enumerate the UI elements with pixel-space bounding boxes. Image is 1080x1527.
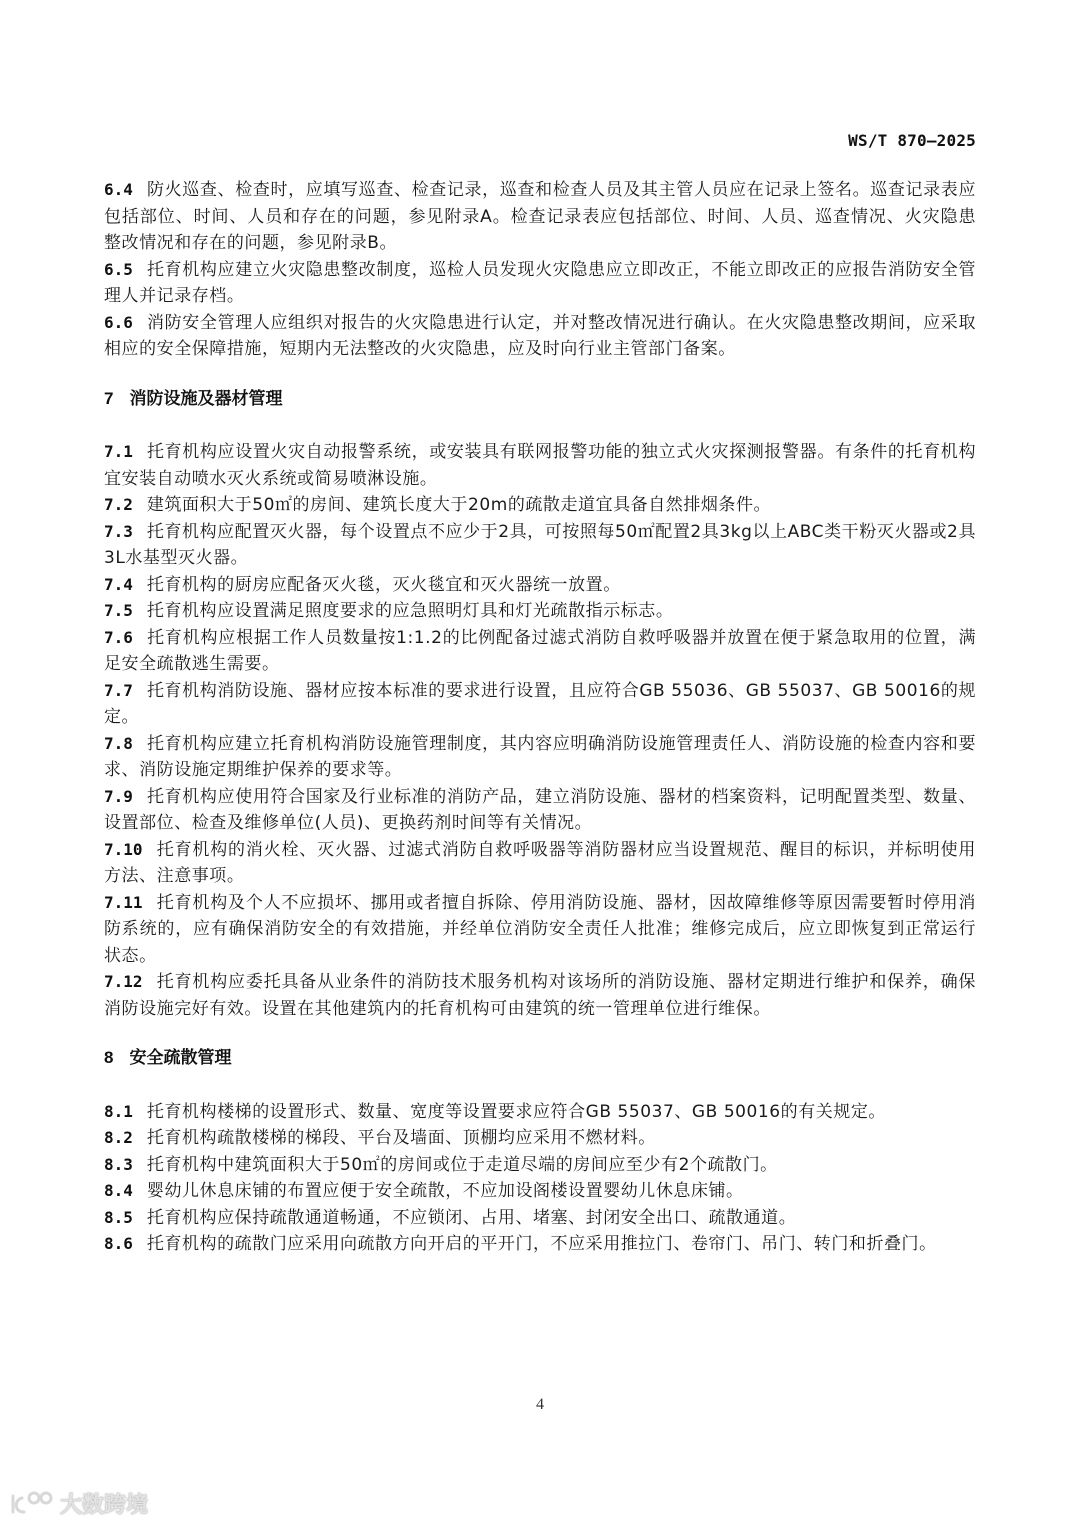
clause-text: 托育机构消防设施、器材应按本标准的要求进行设置，且应符合GB 55036、GB … [104, 681, 976, 728]
clause-number: 6.4 [104, 180, 133, 199]
clause-text: 防火巡查、检查时，应填写巡查、检查记录，巡查和检查人员及其主管人员应在记录上签名… [104, 180, 976, 253]
clause-8-2: 8.2托育机构疏散楼梯的梯段、平台及墙面、顶棚均应采用不燃材料。 [104, 1125, 976, 1152]
clause-6-5: 6.5托育机构应建立火灾隐患整改制度，巡检人员发现火灾隐患应立即改正，不能立即改… [104, 257, 976, 310]
watermark-text: 大数跨境 [60, 1488, 148, 1519]
clause-7-4: 7.4托育机构的厨房应配备灭火毯，灭火毯宜和灭火器统一放置。 [104, 572, 976, 599]
clause-number: 7.11 [104, 893, 143, 912]
clause-text: 托育机构的厨房应配备灭火毯，灭火毯宜和灭火器统一放置。 [147, 575, 621, 595]
clause-text: 建筑面积大于50㎡的房间、建筑长度大于20m的疏散走道宜具备自然排烟条件。 [147, 495, 771, 515]
clause-number: 6.5 [104, 260, 133, 279]
page-number: 4 [0, 1396, 1080, 1414]
clause-number: 8.4 [104, 1181, 133, 1200]
clause-7-9: 7.9托育机构应使用符合国家及行业标准的消防产品，建立消防设施、器材的档案资料，… [104, 784, 976, 837]
clause-number: 8.6 [104, 1234, 133, 1253]
document-page: WS/T 870—2025 6.4防火巡查、检查时，应填写巡查、检查记录，巡查和… [0, 0, 1080, 1527]
clause-7-12: 7.12托育机构应委托具备从业条件的消防技术服务机构对该场所的消防设施、器材定期… [104, 969, 976, 1022]
clause-8-1: 8.1托育机构楼梯的设置形式、数量、宽度等设置要求应符合GB 55037、GB … [104, 1099, 976, 1126]
clause-number: 8.2 [104, 1128, 133, 1147]
clause-text: 托育机构应保持疏散通道畅通，不应锁闭、占用、堵塞、封闭安全出口、疏散通道。 [147, 1208, 796, 1228]
clause-number: 7.3 [104, 522, 133, 541]
clause-text: 托育机构及个人不应损坏、挪用或者擅自拆除、停用消防设施、器材，因故障维修等原因需… [104, 893, 976, 966]
clause-text: 托育机构应使用符合国家及行业标准的消防产品，建立消防设施、器材的档案资料，记明配… [104, 787, 976, 834]
clause-number: 7.6 [104, 628, 133, 647]
clause-number: 7.9 [104, 787, 133, 806]
clause-7-10: 7.10托育机构的消火栓、灭火器、过滤式消防自救呼吸器等消防器材应当设置规范、醒… [104, 837, 976, 890]
clause-text: 托育机构楼梯的设置形式、数量、宽度等设置要求应符合GB 55037、GB 500… [147, 1102, 886, 1122]
clause-7-1: 7.1托育机构应设置火灾自动报警系统，或安装具有联网报警功能的独立式火灾探测报警… [104, 439, 976, 492]
section-heading-7: 7消防设施及器材管理 [104, 386, 976, 413]
section-7-clauses: 7.1托育机构应设置火灾自动报警系统，或安装具有联网报警功能的独立式火灾探测报警… [104, 439, 976, 1022]
clause-7-3: 7.3托育机构应配置灭火器，每个设置点不应少于2具，可按照每50㎡配置2具3kg… [104, 519, 976, 572]
section-title: 消防设施及器材管理 [129, 389, 282, 409]
section-number: 7 [104, 389, 113, 408]
clause-6-4: 6.4防火巡查、检查时，应填写巡查、检查记录，巡查和检查人员及其主管人员应在记录… [104, 177, 976, 257]
clause-7-6: 7.6托育机构应根据工作人员数量按1:1.2的比例配备过滤式消防自救呼吸器并放置… [104, 625, 976, 678]
clause-text: 托育机构的消火栓、灭火器、过滤式消防自救呼吸器等消防器材应当设置规范、醒目的标识… [104, 840, 976, 887]
section-number: 8 [104, 1048, 113, 1067]
section-heading-8: 8安全疏散管理 [104, 1045, 976, 1072]
standard-code: WS/T 870—2025 [848, 131, 976, 150]
clause-number: 8.3 [104, 1155, 133, 1174]
clause-text: 托育机构应建立托育机构消防设施管理制度，其内容应明确消防设施管理责任人、消防设施… [104, 734, 976, 781]
section-title: 安全疏散管理 [129, 1048, 231, 1068]
clause-number: 6.6 [104, 313, 133, 332]
clause-text: 消防安全管理人应组织对报告的火灾隐患进行认定，并对整改情况进行确认。在火灾隐患整… [104, 313, 976, 360]
clause-8-6: 8.6托育机构的疏散门应采用向疏散方向开启的平开门，不应采用推拉门、卷帘门、吊门… [104, 1231, 976, 1258]
clause-number: 8.1 [104, 1102, 133, 1121]
100-logo-icon [8, 1490, 54, 1518]
clause-text: 婴幼儿休息床铺的布置应便于安全疏散，不应加设阁楼设置婴幼儿休息床铺。 [147, 1181, 744, 1201]
clause-number: 7.1 [104, 442, 133, 461]
clause-number: 7.12 [104, 972, 143, 991]
clause-text: 托育机构应配置灭火器，每个设置点不应少于2具，可按照每50㎡配置2具3kg以上A… [104, 522, 976, 569]
clause-number: 7.8 [104, 734, 133, 753]
clause-7-7: 7.7托育机构消防设施、器材应按本标准的要求进行设置，且应符合GB 55036、… [104, 678, 976, 731]
section-6-clauses: 6.4防火巡查、检查时，应填写巡查、检查记录，巡查和检查人员及其主管人员应在记录… [104, 177, 976, 363]
clause-text: 托育机构的疏散门应采用向疏散方向开启的平开门，不应采用推拉门、卷帘门、吊门、转门… [147, 1234, 937, 1254]
clause-number: 7.7 [104, 681, 133, 700]
clause-text: 托育机构应委托具备从业条件的消防技术服务机构对该场所的消防设施、器材定期进行维护… [104, 972, 976, 1019]
clause-6-6: 6.6消防安全管理人应组织对报告的火灾隐患进行认定，并对整改情况进行确认。在火灾… [104, 310, 976, 363]
clause-8-3: 8.3托育机构中建筑面积大于50㎡的房间或位于走道尽端的房间应至少有2个疏散门。 [104, 1152, 976, 1179]
clause-7-5: 7.5托育机构应设置满足照度要求的应急照明灯具和灯光疏散指示标志。 [104, 598, 976, 625]
clause-number: 7.2 [104, 495, 133, 514]
section-8-clauses: 8.1托育机构楼梯的设置形式、数量、宽度等设置要求应符合GB 55037、GB … [104, 1099, 976, 1258]
watermark: 大数跨境 [8, 1488, 148, 1519]
clause-number: 7.4 [104, 575, 133, 594]
clause-text: 托育机构应建立火灾隐患整改制度，巡检人员发现火灾隐患应立即改正，不能立即改正的应… [104, 260, 976, 307]
clause-8-5: 8.5托育机构应保持疏散通道畅通，不应锁闭、占用、堵塞、封闭安全出口、疏散通道。 [104, 1205, 976, 1232]
clause-text: 托育机构疏散楼梯的梯段、平台及墙面、顶棚均应采用不燃材料。 [147, 1128, 656, 1148]
clause-8-4: 8.4婴幼儿休息床铺的布置应便于安全疏散，不应加设阁楼设置婴幼儿休息床铺。 [104, 1178, 976, 1205]
clause-7-11: 7.11托育机构及个人不应损坏、挪用或者擅自拆除、停用消防设施、器材，因故障维修… [104, 890, 976, 970]
clause-number: 8.5 [104, 1208, 133, 1227]
clause-text: 托育机构应设置满足照度要求的应急照明灯具和灯光疏散指示标志。 [147, 601, 674, 621]
clause-text: 托育机构应设置火灾自动报警系统，或安装具有联网报警功能的独立式火灾探测报警器。有… [104, 442, 976, 489]
clause-text: 托育机构中建筑面积大于50㎡的房间或位于走道尽端的房间应至少有2个疏散门。 [147, 1155, 778, 1175]
clause-7-2: 7.2建筑面积大于50㎡的房间、建筑长度大于20m的疏散走道宜具备自然排烟条件。 [104, 492, 976, 519]
clause-number: 7.5 [104, 601, 133, 620]
clause-7-8: 7.8托育机构应建立托育机构消防设施管理制度，其内容应明确消防设施管理责任人、消… [104, 731, 976, 784]
clause-number: 7.10 [104, 840, 143, 859]
document-body: 6.4防火巡查、检查时，应填写巡查、检查记录，巡查和检查人员及其主管人员应在记录… [104, 177, 976, 1258]
clause-text: 托育机构应根据工作人员数量按1:1.2的比例配备过滤式消防自救呼吸器并放置在便于… [104, 628, 976, 675]
